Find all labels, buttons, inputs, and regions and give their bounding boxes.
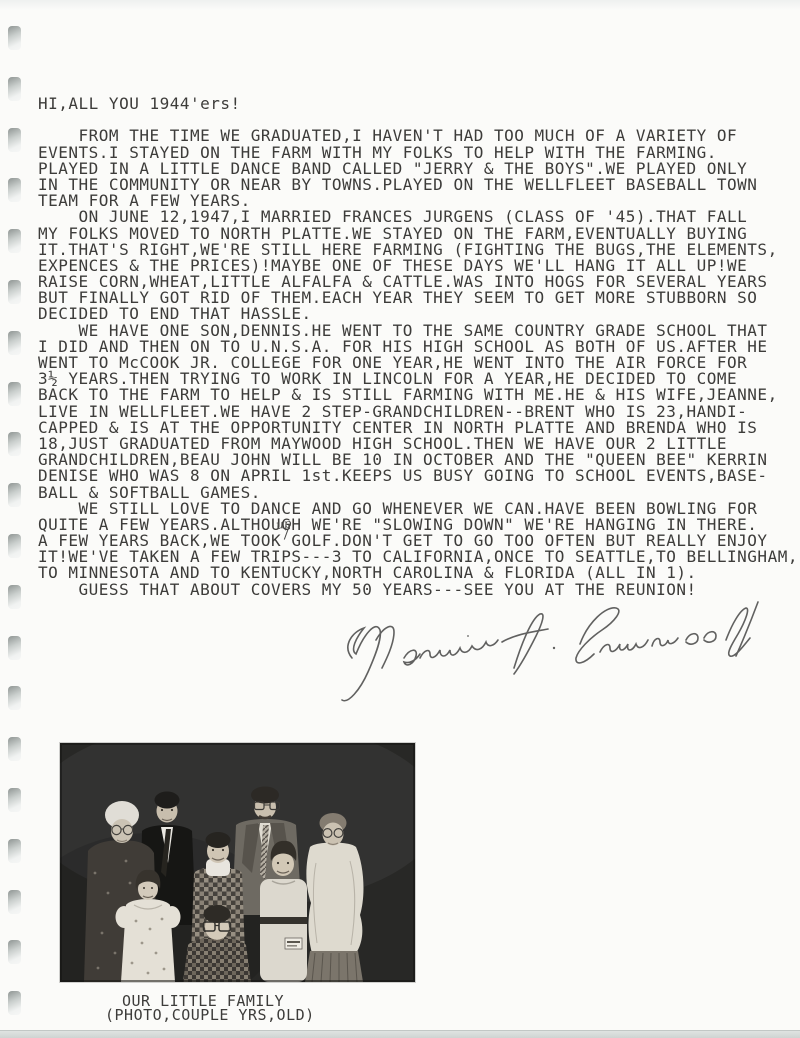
binder-hole xyxy=(8,382,21,406)
binder-hole xyxy=(8,432,21,456)
letter-page: HI,ALL YOU 1944'ers! FROM THE TIME WE GR… xyxy=(0,0,800,1038)
binder-hole xyxy=(8,940,21,964)
signature-image xyxy=(318,596,800,711)
family-photo xyxy=(60,743,415,982)
binder-hole xyxy=(8,483,21,507)
scan-edge-bottom xyxy=(0,1030,800,1038)
letter-line: HI,ALL YOU 1944'ers! xyxy=(38,96,800,112)
binder-hole xyxy=(8,534,21,558)
binder-hole xyxy=(8,585,21,609)
binder-hole xyxy=(8,686,21,710)
binder-hole xyxy=(8,77,21,101)
binder-hole xyxy=(8,991,21,1015)
binder-hole xyxy=(8,178,21,202)
binder-hole xyxy=(8,890,21,914)
binder-hole xyxy=(8,636,21,660)
binder-hole xyxy=(8,737,21,761)
handwritten-insertion-up: up xyxy=(275,516,292,532)
binder-hole xyxy=(8,26,21,50)
binder-hole xyxy=(8,280,21,304)
binder-hole xyxy=(8,788,21,812)
family-photo-image xyxy=(60,743,415,982)
signature: Marvin F. Greenwood xyxy=(318,596,800,711)
binder-hole xyxy=(8,128,21,152)
binder-holes xyxy=(0,0,30,1038)
letter-body: HI,ALL YOU 1944'ers! FROM THE TIME WE GR… xyxy=(38,96,800,598)
binder-hole xyxy=(8,331,21,355)
scan-edge-top xyxy=(0,0,800,10)
binder-hole xyxy=(8,839,21,863)
photo-caption-line2: (PHOTO,COUPLE YRS,OLD) xyxy=(105,1006,315,1024)
binder-hole xyxy=(8,229,21,253)
